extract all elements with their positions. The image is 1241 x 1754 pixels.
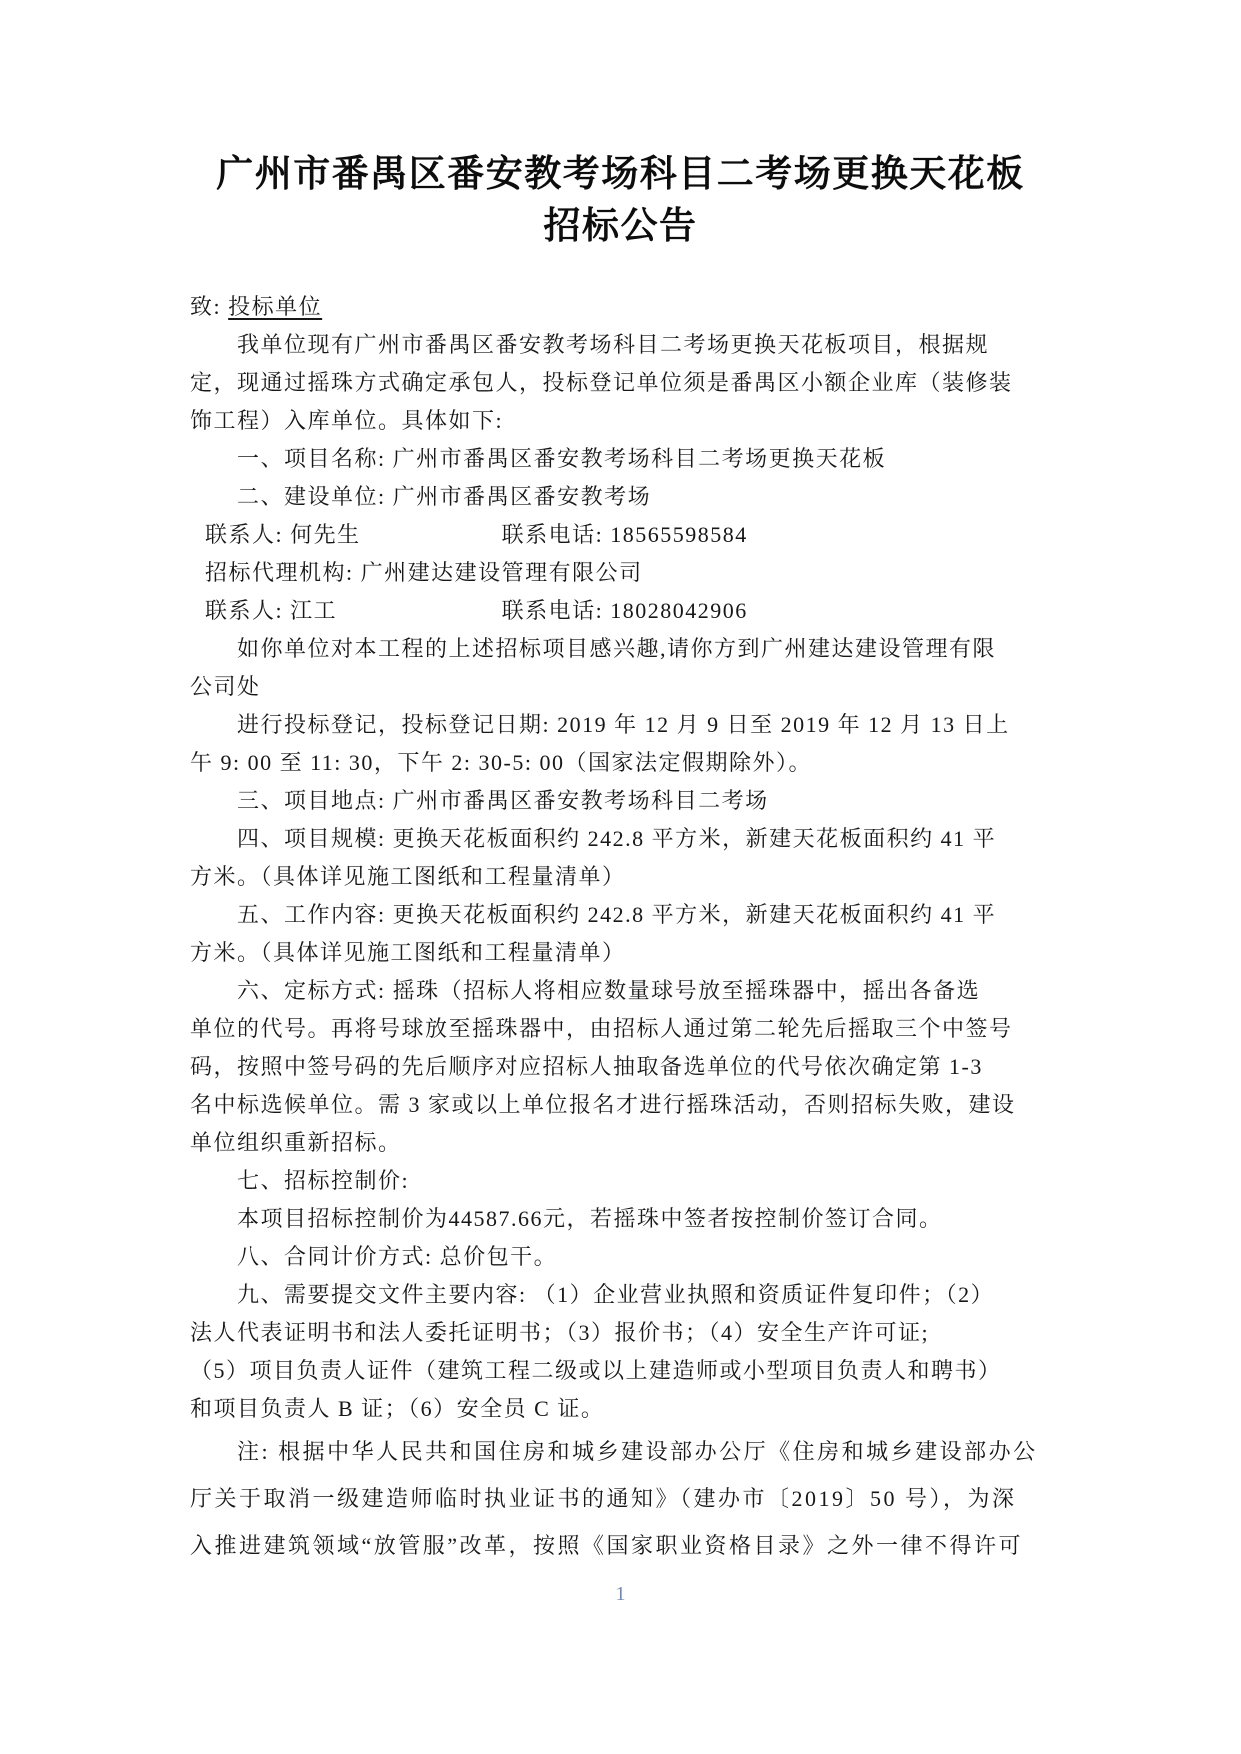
text-line: 进行投标登记，投标登记日期: 2019 年 12 月 9 日至 2019 年 1… — [190, 706, 1051, 744]
text-line: （5）项目负责人证件（建筑工程二级或以上建造师或小型项目负责人和聘书） — [190, 1352, 1051, 1390]
text-line: 招标代理机构: 广州建达建设管理有限公司 — [190, 554, 1051, 592]
text-line: 方米。（具体详见施工图纸和工程量清单） — [190, 934, 1051, 972]
document-content: 广州市番禺区番安教考场科目二考场更换天花板 招标公告 致: 投标单位 我单位现有… — [0, 0, 1241, 1569]
document-body: 我单位现有广州市番禺区番安教考场科目二考场更换天花板项目，根据规定，现通过摇珠方… — [190, 326, 1051, 1428]
text-line: 六、定标方式: 摇珠（招标人将相应数量球号放至摇珠器中，摇出各备选 — [190, 972, 1051, 1010]
text-line: 七、招标控制价: — [190, 1162, 1051, 1200]
salutation-recipient: 投标单位 — [228, 294, 322, 319]
text-line: 方米。（具体详见施工图纸和工程量清单） — [190, 858, 1051, 896]
text-line: 九、需要提交文件主要内容: （1）企业营业执照和资质证件复印件；（2） — [190, 1276, 1051, 1314]
text-line: 单位组织重新招标。 — [190, 1124, 1051, 1162]
text-line: 码，按照中签号码的先后顺序对应招标人抽取备选单位的代号依次确定第 1-3 — [190, 1048, 1051, 1086]
text-line: 五、工作内容: 更换天花板面积约 242.8 平方米，新建天花板面积约 41 平 — [190, 896, 1051, 934]
text-line: 联系人: 江工 联系电话: 18028042906 — [190, 592, 1051, 630]
text-line: 法人代表证明书和法人委托证明书；（3）报价书；（4）安全生产许可证; — [190, 1314, 1051, 1352]
text-line: 三、项目地点: 广州市番禺区番安教考场科目二考场 — [190, 782, 1051, 820]
document-title-line1: 广州市番禺区番安教考场科目二考场更换天花板 — [190, 148, 1051, 200]
page-number: 1 — [0, 1583, 1241, 1606]
text-line: 如你单位对本工程的上述招标项目感兴趣,请你方到广州建达建设管理有限 — [190, 630, 1051, 668]
text-line: 午 9: 00 至 11: 30，下午 2: 30-5: 00（国家法定假期除外… — [190, 744, 1051, 782]
text-line: 注: 根据中华人民共和国住房和城乡建设部办公厅《住房和城乡建设部办公 — [190, 1428, 1051, 1475]
salutation-line: 致: 投标单位 — [190, 288, 1051, 326]
text-line: 一、项目名称: 广州市番禺区番安教考场科目二考场更换天花板 — [190, 440, 1051, 478]
text-line: 饰工程）入库单位。具体如下: — [190, 402, 1051, 440]
document-title: 广州市番禺区番安教考场科目二考场更换天花板 招标公告 — [190, 148, 1051, 252]
text-line: 八、合同计价方式: 总价包干。 — [190, 1238, 1051, 1276]
text-line: 公司处 — [190, 668, 1051, 706]
document-note: 注: 根据中华人民共和国住房和城乡建设部办公厅《住房和城乡建设部办公厅关于取消一… — [190, 1428, 1051, 1569]
text-line: 入推进建筑领域“放管服”改革，按照《国家职业资格目录》之外一律不得许可 — [190, 1522, 1051, 1569]
text-line: 联系人: 何先生 联系电话: 18565598584 — [190, 516, 1051, 554]
text-line: 四、项目规模: 更换天花板面积约 242.8 平方米，新建天花板面积约 41 平 — [190, 820, 1051, 858]
text-line: 二、建设单位: 广州市番禺区番安教考场 — [190, 478, 1051, 516]
text-line: 和项目负责人 B 证；（6）安全员 C 证。 — [190, 1390, 1051, 1428]
text-line: 定，现通过摇珠方式确定承包人，投标登记单位须是番禺区小额企业库（装修装 — [190, 364, 1051, 402]
text-line: 单位的代号。再将号球放至摇珠器中，由招标人通过第二轮先后摇取三个中签号 — [190, 1010, 1051, 1048]
document-page: 广州市番禺区番安教考场科目二考场更换天花板 招标公告 致: 投标单位 我单位现有… — [0, 0, 1241, 1754]
text-line: 本项目招标控制价为44587.66元，若摇珠中签者按控制价签订合同。 — [190, 1200, 1051, 1238]
text-line: 厅关于取消一级建造师临时执业证书的通知》（建办市〔2019〕50 号），为深 — [190, 1475, 1051, 1522]
text-line: 名中标选候单位。需 3 家或以上单位报名才进行摇珠活动，否则招标失败，建设 — [190, 1086, 1051, 1124]
salutation-prefix: 致: — [190, 294, 228, 319]
text-line: 我单位现有广州市番禺区番安教考场科目二考场更换天花板项目，根据规 — [190, 326, 1051, 364]
document-title-line2: 招标公告 — [190, 200, 1051, 252]
